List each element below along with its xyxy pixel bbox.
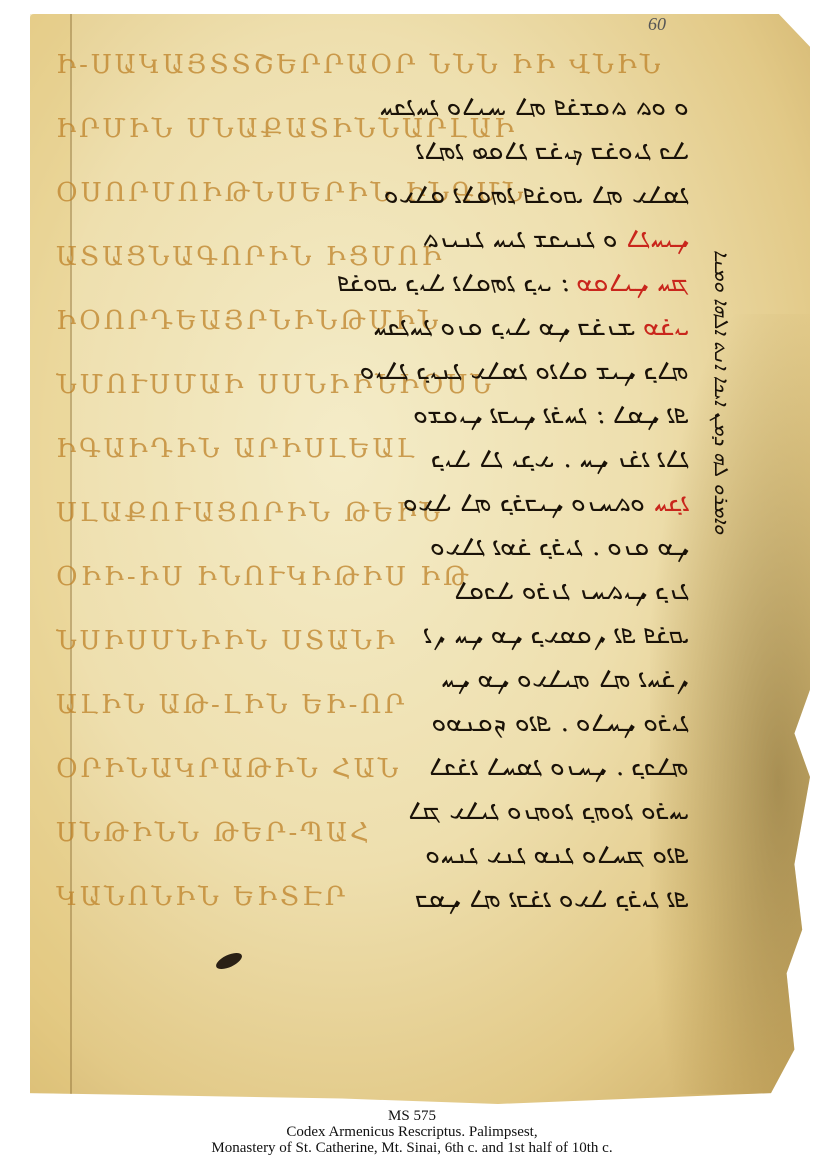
overtext-line: ܘܥܠܐ ܐܡܪ ܕܪܝܐ . ܘܢܘ ܡܢ xyxy=(90,532,690,563)
caption-provenance: Monastery of St. Catherine, Mt. Sinai, 6… xyxy=(0,1140,824,1156)
overtext-black: ܚܢ ܡܢ ܘܥܠܝܗ ܠܗ ܐܚܪܢ xyxy=(442,664,690,694)
overtext-line: ܠܡ ܥܠܝܐ ܘܢܗܘܐ ܕܗܘܐ ܘܪܚ xyxy=(90,796,690,827)
overtext-black: ܐܠܗܐ ܣܘܠܐ ܒܪܝܟ ܒܪܘܝܐ ܟܠ xyxy=(418,136,690,166)
overtext-line: ܚܟܐܚܐ ܘܢܘ ܕܝܠ ܡܢ ܒܪܢܫ ܡܪܝ xyxy=(90,312,690,343)
overtext-black: ܘܫܘܝܢ ܐܒܝܢ ܐܪܚܐ : ܠܡܢ ܐܦ xyxy=(415,400,690,430)
overtext-line: ܘܫܘܝܢ ܐܒܝܢ ܐܪܚܐ : ܠܡܢ ܐܦ xyxy=(90,400,690,431)
folio-number: 60 xyxy=(648,14,666,35)
overtext-black: ܠܟܪܐ ܠܚܡܐ ܘܢܚܢ . ܕܟܠܗ xyxy=(430,752,690,782)
overtext-line: ܦܪܘܩ ܕܝܠ ܐܠܘܗܐ ܕܝ : ܡܘܠܝܢ ܚܡ xyxy=(90,268,690,299)
overtext-line: ܒܡܢ ܠܗ ܐܒܪܐ ܘܥܠ ܕܪܝܐ ܐܦ xyxy=(90,884,690,915)
overtext-line: ܚܢ ܡܢ ܘܥܠܝܗ ܠܗ ܐܚܪܢ xyxy=(90,664,690,695)
overtext-black: ܠܡ ܥܠܝܐ ܘܢܗܘܐ ܕܗܘܐ ܘܪܚ xyxy=(409,796,690,826)
caption-shelfmark: MS 575 xyxy=(0,1108,824,1124)
overtext-black: ܒܡܢ ܠܗ ܐܒܪܐ ܘܥܠ ܕܪܝܐ ܐܦ xyxy=(417,884,690,914)
overtext-line: ܐܠܗܐ ܣܘܠܐ ܒܪܝܟ ܒܪܘܝܐ ܟܠ xyxy=(90,136,690,167)
overtext-black: ܘܥܠܘ ܐܠܘܗܐ ܦܪܘܩ ܠܗ ܥܠܡܐ xyxy=(385,180,690,210)
overtext-black: ܘܡܢܘܟ ܘܐܦ . ܘܠܚܢ ܘܪܝܐ xyxy=(433,708,690,738)
overtext-line: ܘܝܠܐ ܕܝܢܐ ܥܠܡܐ ܘܐܠܘ ܫܝܢ ܕܠܗ xyxy=(90,356,690,387)
overtext-black: ܚܟܐܚܐ ܘܠܝܚ ܠܗ ܦܪܫܘܬ ܬܘ ܘ xyxy=(380,92,690,122)
caption: MS 575 Codex Armenicus Rescriptus. Palim… xyxy=(0,1108,824,1156)
overtext-black: ܘܥܠ ܠܗ ܕܪܒܝܢ ܘܢܚܬܘ xyxy=(404,488,646,518)
overtext-black: ܘܝܠܐ ܕܝܢܐ ܥܠܡܐ ܘܐܠܘ ܫܝܢ ܕܠܗ xyxy=(361,356,690,386)
overtext-line: ܠܘܟܠ ܘܪܢܐ ܢܚܬܝܢ ܕܢܐ xyxy=(90,576,690,607)
overtext-black: ܐܢ ܚܢ ܡܢ ܕܥܡܘܢ ܐܦ ܦܪܩ xyxy=(425,620,690,650)
overtext-line: ܕܝܠ ܠܐ ܝܕܥ . ܚܢ ܢܪܐ ܐܠܐ xyxy=(90,444,690,475)
overtext-black: ܠܘܟܠ ܘܪܢܐ ܢܚܬܝܢ ܕܢܐ xyxy=(455,576,690,606)
overtext-line: ܐܢ ܚܢ ܡܢ ܕܥܡܘܢ ܐܦ ܦܪܩ xyxy=(90,620,690,651)
overtext-black: ܦܪܘܩ ܕܝܠ ܐܠܘܗܐ ܕܝ : xyxy=(339,268,570,298)
overtext-line: ܘܥܠ ܠܗ ܕܪܒܝܢ ܘܢܚܬܘ ܚܕܐ xyxy=(90,488,690,519)
overtext-black: ܬܢܝܢܐ ܚܝܐ ܫܟܝܢܐ ܘ xyxy=(423,224,619,254)
overtext-rubric: ܠܐܚܝܢ xyxy=(627,224,690,254)
overtext-line: ܘܚܢܐ ܥܢܐ ܡܢܐ ܘܠܚܡ ܘܐܦ xyxy=(90,840,690,871)
marginal-note: ܘܐܡܪܘ ܠܗ ܕܡܢ ܐܝܟܐ ܐܢܬ ܐܠܗܐ ܘܡܢܐ xyxy=(710,250,734,640)
overtext-line: ܬܢܝܢܐ ܚܝܐ ܫܟܝܢܐ ܘ ܠܐܚܝܢ xyxy=(90,224,690,255)
overtext-line: ܚܟܐܚܐ ܘܠܝܚ ܠܗ ܦܪܫܘܬ ܬܘ ܘ xyxy=(90,92,690,123)
overtext-rubric: ܚܕܐ xyxy=(654,488,690,518)
overtext-line: ܘܡܢܘܟ ܘܐܦ . ܘܠܚܢ ܘܪܝܐ xyxy=(90,708,690,739)
overtext-black: ܕܝܠ ܠܐ ܝܕܥ . ܚܢ ܢܪܐ ܐܠܐ xyxy=(432,444,690,474)
overtext-black: ܘܥܠܐ ܐܡܪ ܕܪܝܐ . ܘܢܘ ܡܢ xyxy=(432,532,690,562)
overtext-black: ܘܚܢܐ ܥܢܐ ܡܢܐ ܘܠܚܡ ܘܐܦ xyxy=(427,840,690,870)
overtext-black: ܚܟܐܚܐ ܘܢܘ ܕܝܠ ܡܢ ܒܪܢܫ xyxy=(374,312,636,342)
overtext-rubric: ܡܪܝ xyxy=(645,312,690,342)
overtext-rubric: ܡܘܠܝܢ ܚܡ xyxy=(578,268,690,298)
undertext-line: Ի-ՍԱԿԱՅՏՏՇԵՐՐԱՕՐ ՆՆՆ ԻԻ ՎՆԻՆ xyxy=(56,50,812,80)
caption-title: Codex Armenicus Rescriptus. Palimpsest, xyxy=(0,1124,824,1140)
overtext-line: ܠܟܪܐ ܠܚܡܐ ܘܢܚܢ . ܕܟܠܗ xyxy=(90,752,690,783)
overtext-line: ܘܥܠܘ ܐܠܘܗܐ ܦܪܘܩ ܠܗ ܥܠܡܐ xyxy=(90,180,690,211)
